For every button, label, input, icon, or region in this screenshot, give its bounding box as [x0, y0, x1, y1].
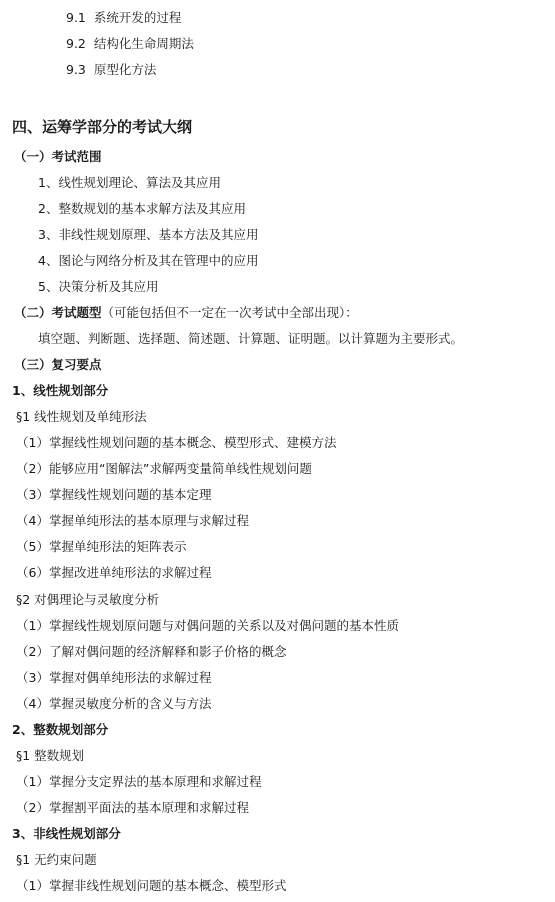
chapter-title: 四、运筹学部分的考试大纲	[12, 119, 192, 135]
toc-number: 9.2	[66, 36, 86, 51]
review-point: （4）掌握灵敏度分析的含义与方法	[16, 696, 211, 712]
scope-item: 2、整数规划的基本求解方法及其应用	[38, 201, 246, 217]
subsection-title: §1 无约束问题	[16, 852, 97, 868]
question-types-note: （可能包括但不一定在一次考试中全部出现）：	[102, 305, 358, 320]
section-title: 1、线性规划部分	[12, 383, 108, 399]
review-point: （3）掌握线性规划问题的基本定理	[16, 487, 211, 503]
subsection-title: §1 线性规划及单纯形法	[16, 409, 147, 425]
toc-text: 结构化生命周期法	[94, 36, 194, 51]
review-point: （5）掌握单纯形法的矩阵表示	[16, 539, 186, 555]
review-point: （4）掌握单纯形法的基本原理与求解过程	[16, 513, 249, 529]
toc-number: 9.3	[66, 62, 86, 77]
toc-item: 9.1 系统开发的过程	[66, 10, 181, 26]
review-point: （1）掌握线性规划原问题与对偶问题的关系以及对偶问题的基本性质	[16, 618, 399, 634]
scope-item: 4、图论与网络分析及其在管理中的应用	[38, 253, 258, 269]
scope-heading: （一）考试范围	[14, 149, 102, 165]
question-types-heading: （二）考试题型（可能包括但不一定在一次考试中全部出现）：	[14, 305, 358, 321]
toc-item: 9.3 原型化方法	[66, 62, 156, 78]
subsection-title: §1 整数规划	[16, 748, 84, 764]
review-point: （3）掌握对偶单纯形法的求解过程	[16, 670, 211, 686]
scope-item: 5、决策分析及其应用	[38, 279, 158, 295]
toc-number: 9.1	[66, 10, 86, 25]
scope-item: 1、线性规划理论、算法及其应用	[38, 175, 221, 191]
review-point: （1）掌握非线性规划问题的基本概念、模型形式	[16, 878, 286, 894]
question-types-body: 填空题、判断题、选择题、简述题、计算题、证明题。以计算题为主要形式。	[38, 331, 463, 347]
question-types-title: （二）考试题型	[14, 305, 102, 320]
toc-text: 原型化方法	[94, 62, 157, 77]
review-point: （6）掌握改进单纯形法的求解过程	[16, 565, 211, 581]
review-point: （2）能够应用“图解法”求解两变量简单线性规划问题	[16, 461, 312, 477]
review-point: （1）掌握线性规划问题的基本概念、模型形式、建模方法	[16, 435, 336, 451]
review-point: （1）掌握分支定界法的基本原理和求解过程	[16, 774, 261, 790]
toc-text: 系统开发的过程	[94, 10, 182, 25]
review-point: （2）了解对偶问题的经济解释和影子价格的概念	[16, 644, 286, 660]
review-heading: （三）复习要点	[14, 357, 102, 373]
toc-item: 9.2 结构化生命周期法	[66, 36, 194, 52]
scope-item: 3、非线性规划原理、基本方法及其应用	[38, 227, 258, 243]
subsection-title: §2 对偶理论与灵敏度分析	[16, 592, 159, 608]
section-title: 3、非线性规划部分	[12, 826, 121, 842]
review-point: （2）掌握割平面法的基本原理和求解过程	[16, 800, 249, 816]
section-title: 2、整数规划部分	[12, 722, 108, 738]
